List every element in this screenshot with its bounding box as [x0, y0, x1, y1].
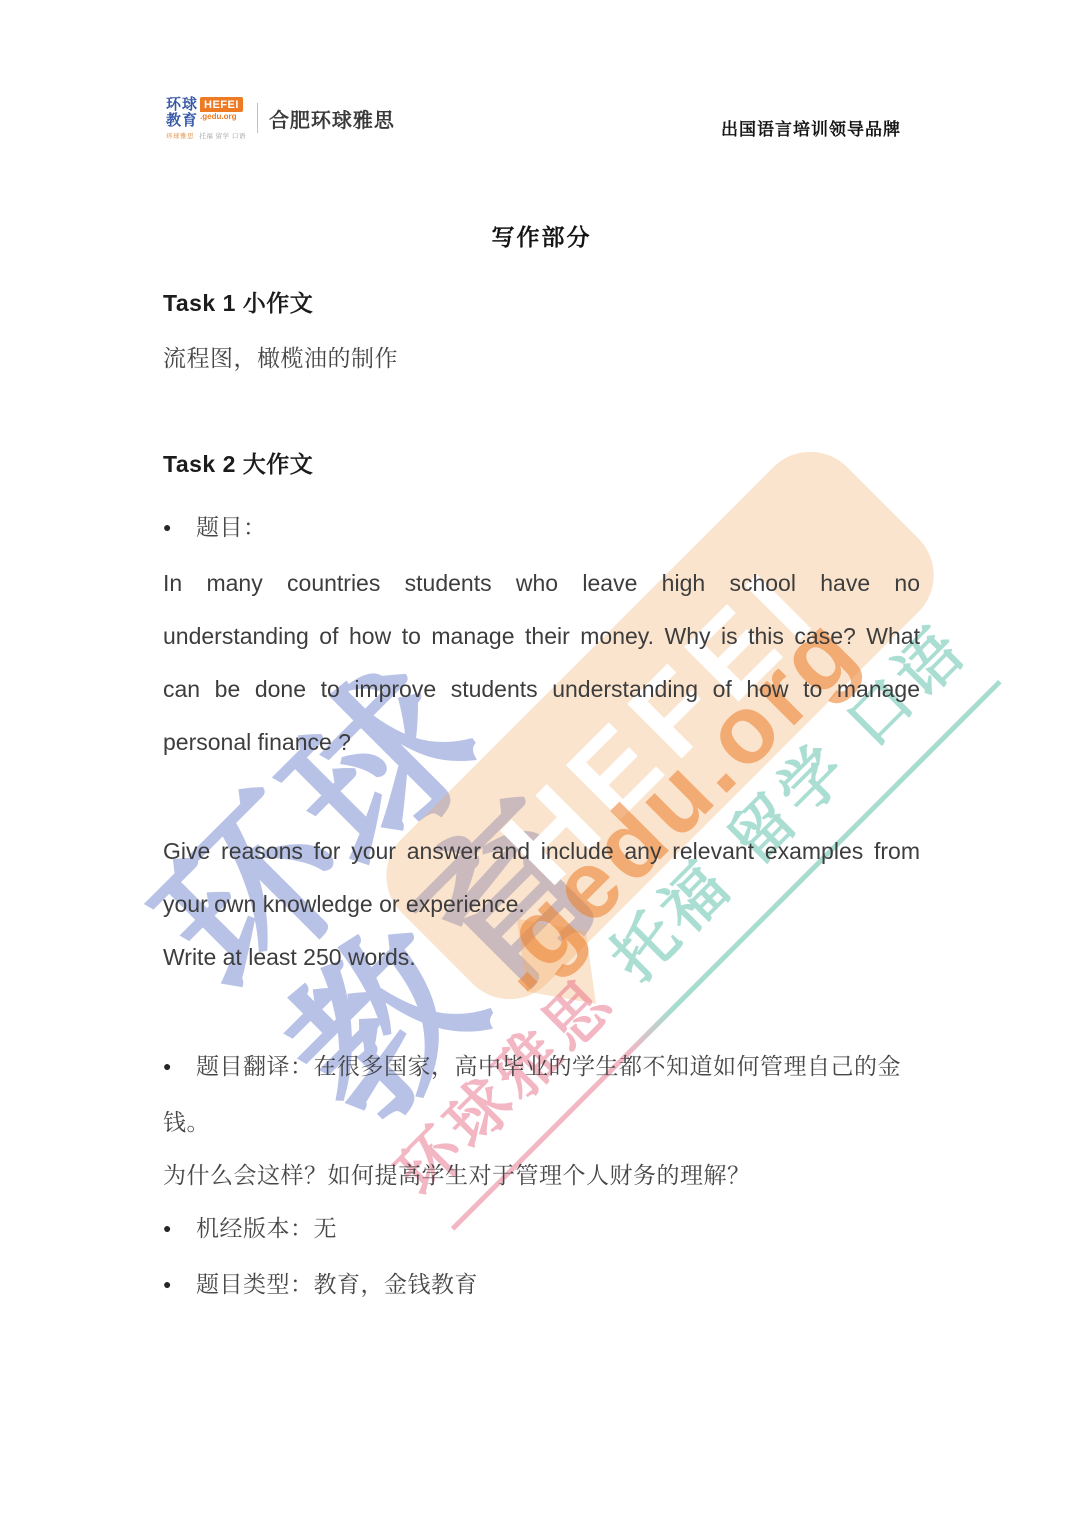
bullet-icon: ●	[163, 501, 172, 554]
question-line-4: personal finance ?	[163, 716, 920, 769]
logo-domain: .gedu.org	[200, 112, 243, 122]
task2-heading: Task 2 大作文	[163, 449, 920, 479]
instruction-line-1: Give reasons for your answer and include…	[163, 825, 920, 878]
instruction-line-2: your own knowledge or experience.	[163, 878, 920, 931]
question-line-3: can be done to improve students understa…	[163, 663, 920, 716]
logo-brand-cn: 环球 教育	[166, 97, 198, 129]
document-page: 环球 教育 HEFEI .gedu.org 环球雅思托福留学口语 环球 教育 H…	[0, 0, 1080, 1527]
translation-text-1: 题目翻译：在很多国家，高中毕业的学生都不知道如何管理自己的金钱。	[163, 1053, 901, 1135]
task1-content: 流程图，橄榄油的制作	[163, 343, 920, 373]
topic-bullet-line: ●题目：	[163, 501, 920, 557]
logo-divider	[257, 103, 258, 133]
topic-type-line: ●题目类型：教育，金钱教育	[163, 1258, 920, 1314]
brand-logo: 环球 教育 HEFEI .gedu.org 环球雅思 托福 留学 口语 合肥环球…	[166, 97, 395, 140]
question-line-1: In many countries students who leave hig…	[163, 557, 920, 610]
bullet-icon: ●	[163, 1258, 172, 1311]
logo-site-name: 合肥环球雅思	[269, 104, 395, 133]
page-title: 写作部分	[163, 222, 920, 252]
topic-type-text: 题目类型：教育，金钱教育	[196, 1271, 478, 1297]
logo-badge-column: HEFEI .gedu.org	[200, 97, 243, 122]
word-limit-line: Write at least 250 words.	[163, 931, 920, 984]
jijing-text: 机经版本：无	[196, 1215, 337, 1241]
task1-heading: Task 1 小作文	[163, 288, 920, 318]
logo-tagline: 环球雅思 托福 留学 口语	[166, 131, 246, 140]
logo-hefei-badge: HEFEI	[200, 97, 243, 112]
logo-mark: 环球 教育 HEFEI .gedu.org 环球雅思 托福 留学 口语	[166, 97, 246, 140]
translation-line-1: ●题目翻译：在很多国家，高中毕业的学生都不知道如何管理自己的金钱。	[163, 1040, 920, 1149]
logo-brand-line1: 环球	[166, 97, 198, 113]
jijing-line: ●机经版本：无	[163, 1202, 920, 1258]
document-content: 写作部分 Task 1 小作文 流程图，橄榄油的制作 Task 2 大作文 ●题…	[163, 222, 920, 1314]
question-line-2: understanding of how to manage their mon…	[163, 610, 920, 663]
logo-tagline-services: 托福 留学 口语	[199, 133, 246, 140]
logo-tagline-brand: 环球雅思	[166, 133, 194, 140]
logo-brand-line2: 教育	[166, 113, 198, 129]
bullet-icon: ●	[163, 1040, 172, 1093]
translation-line-2: 为什么会这样？如何提高学生对于管理个人财务的理解？	[163, 1149, 920, 1202]
logo-top-row: 环球 教育 HEFEI .gedu.org	[166, 97, 246, 129]
bullet-icon: ●	[163, 1202, 172, 1255]
topic-label: 题目：	[196, 514, 267, 540]
header-slogan: 出国语言培训领导品牌	[721, 115, 901, 140]
